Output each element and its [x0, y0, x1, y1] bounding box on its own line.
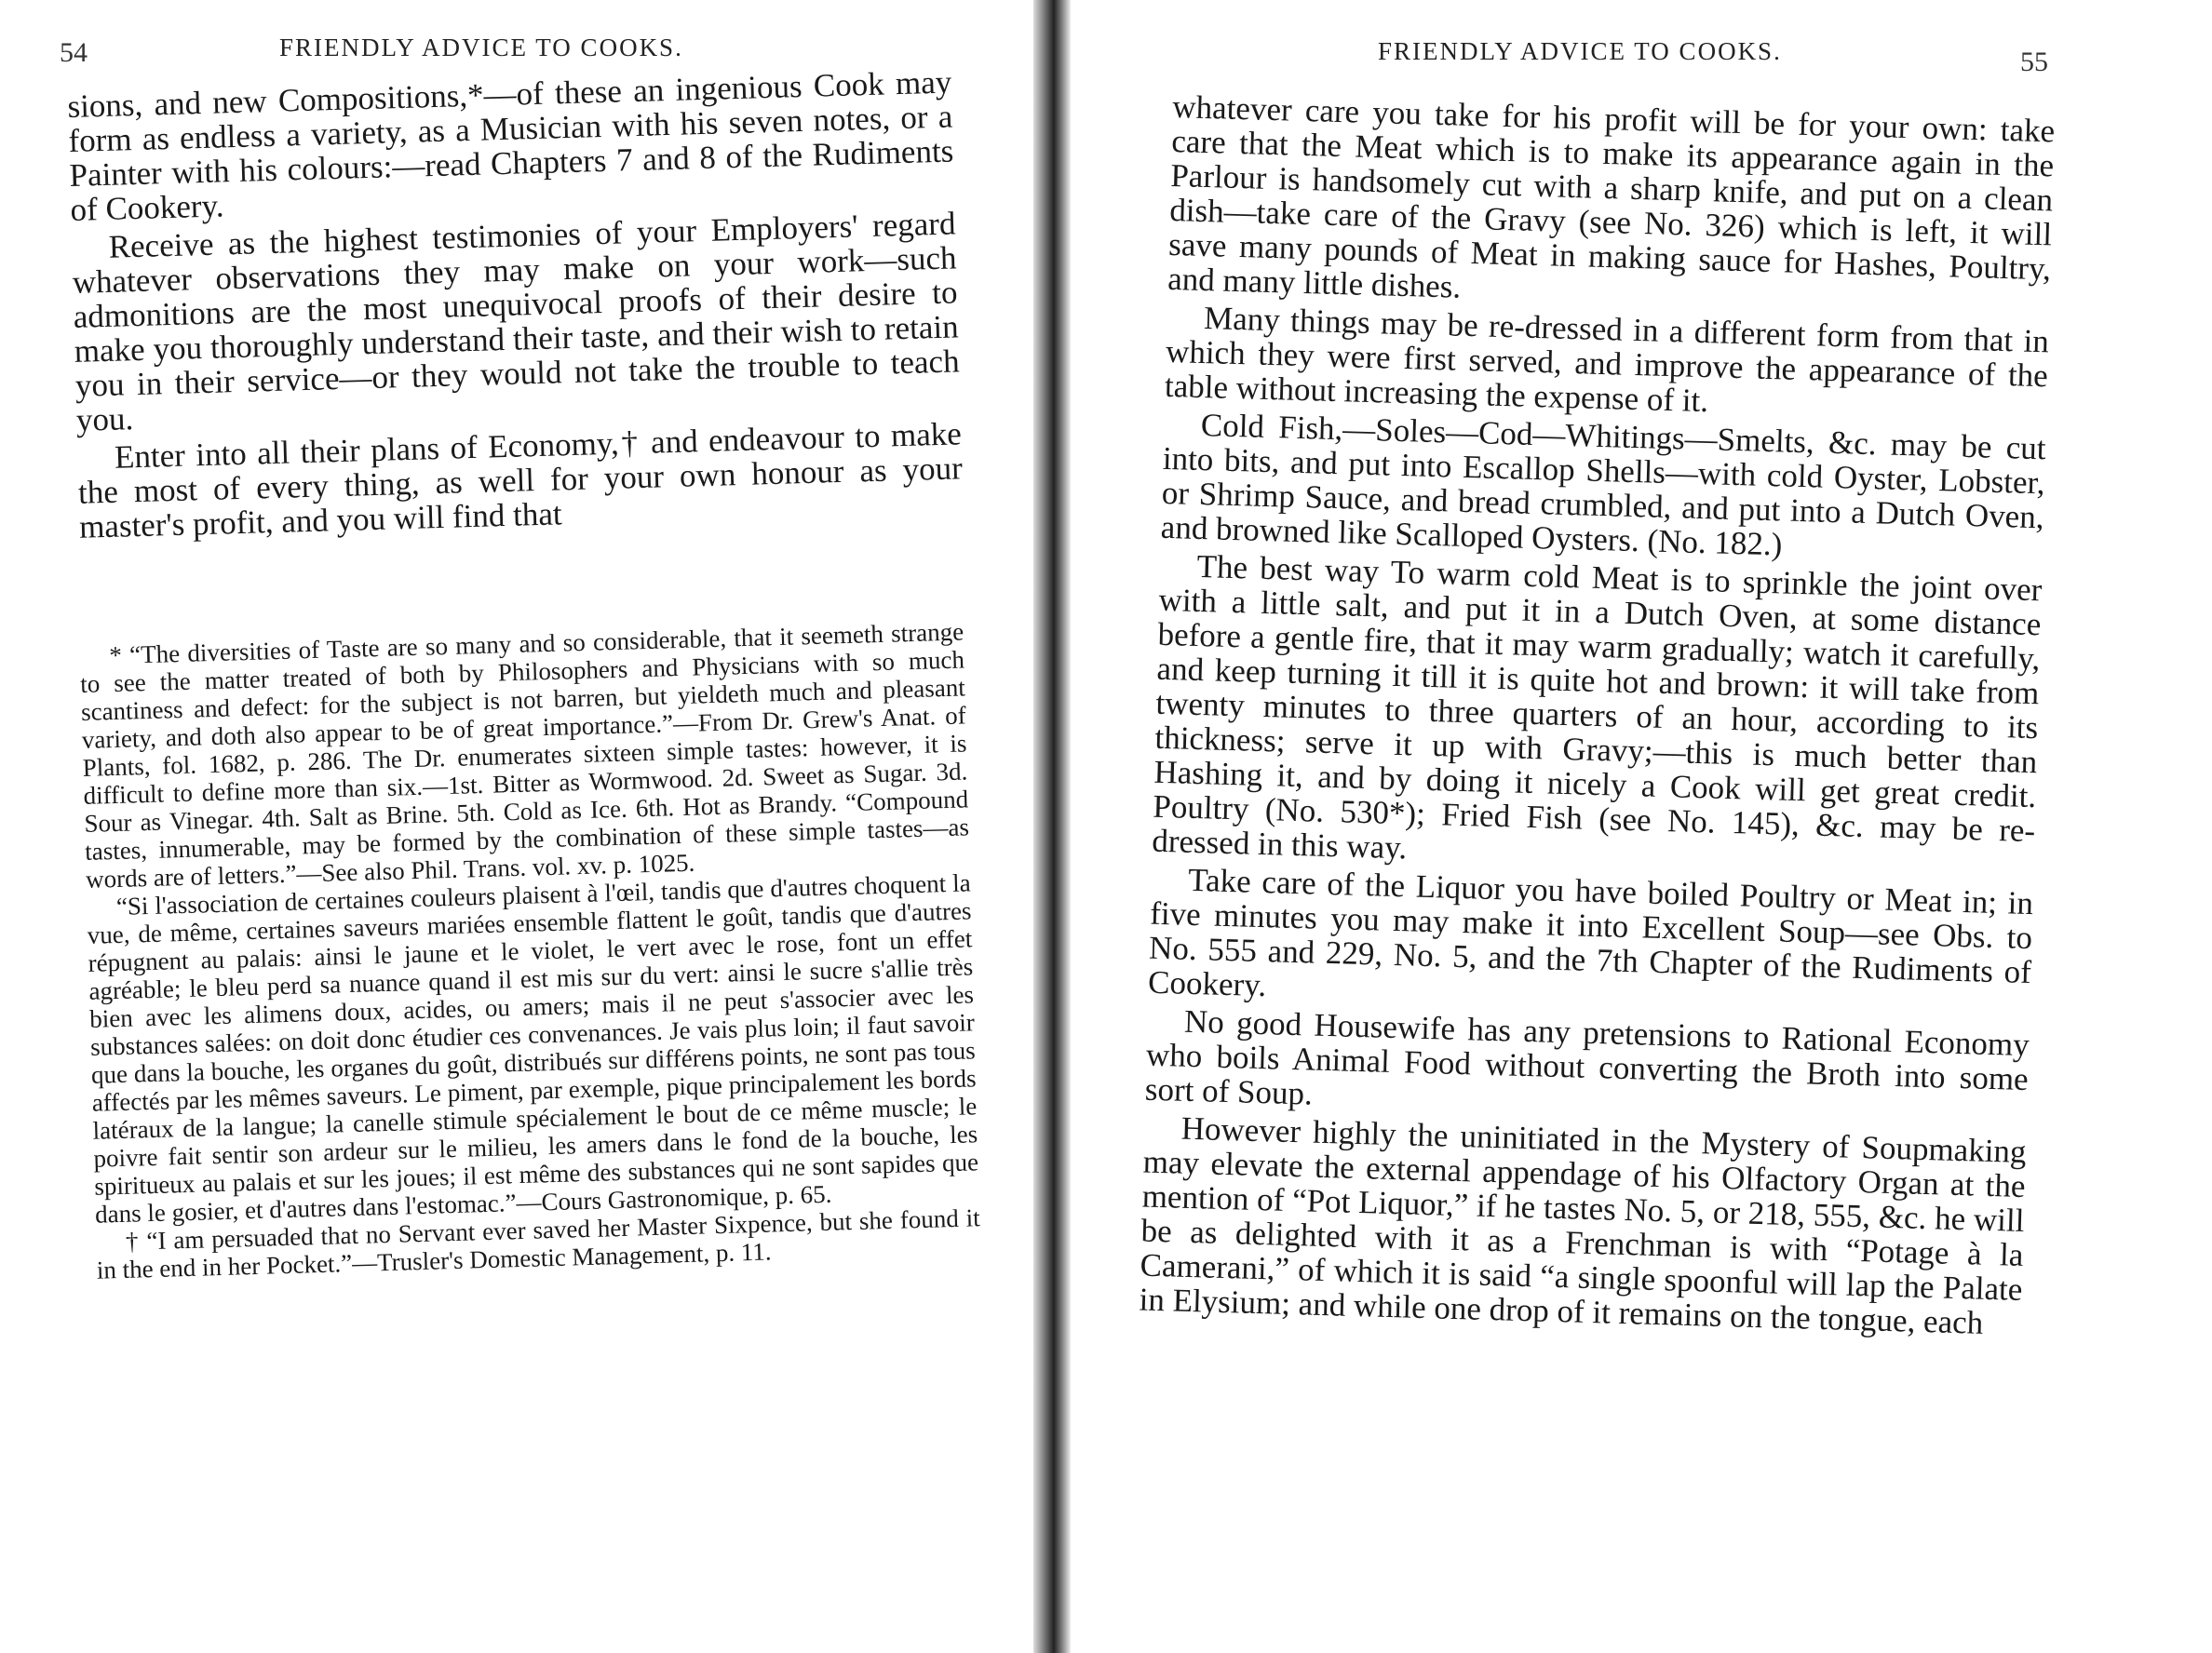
running-head: FRIENDLY ADVICE TO COOKS. — [279, 34, 683, 62]
footnote: “Si l'association de certaines couleurs … — [87, 868, 980, 1228]
main-text: sions, and new Compositions,*—of these a… — [67, 64, 964, 547]
paragraph: whatever care you take for his profit wi… — [1167, 89, 2056, 320]
paragraph: sions, and new Compositions,*—of these a… — [67, 64, 955, 226]
paragraph: Take care of the Liquor you have boiled … — [1148, 862, 2034, 1024]
paragraph: Many things may be re-dressed in a diffe… — [1165, 300, 2050, 427]
main-text: whatever care you take for his profit wi… — [1139, 89, 2056, 1345]
paragraph: The best way To warm cold Meat is to spr… — [1152, 548, 2043, 882]
paragraph: Enter into all their plans of Economy,† … — [77, 416, 964, 544]
left-page: 54 FRIENDLY ADVICE TO COOKS. sions, and … — [0, 0, 1033, 1653]
paragraph: Cold Fish,—Soles—Cod—Whitings—Smelts, &c… — [1160, 407, 2046, 569]
footnotes: * “The diversities of Taste are so many … — [79, 617, 981, 1283]
page-number: 55 — [2020, 47, 2048, 78]
right-page: FRIENDLY ADVICE TO COOKS. 55 whatever ca… — [1071, 0, 2212, 1653]
book-gutter — [1033, 0, 1071, 1653]
paragraph: No good Housewife has any pretensions to… — [1144, 1003, 2030, 1131]
footnote: * “The diversities of Taste are so many … — [79, 617, 970, 893]
paragraph: However highly the uninitiated in the My… — [1139, 1110, 2027, 1341]
paragraph: Receive as the highest testimonies of yo… — [71, 206, 961, 437]
running-head: FRIENDLY ADVICE TO COOKS. — [1378, 37, 1782, 66]
page-number: 54 — [60, 37, 88, 69]
